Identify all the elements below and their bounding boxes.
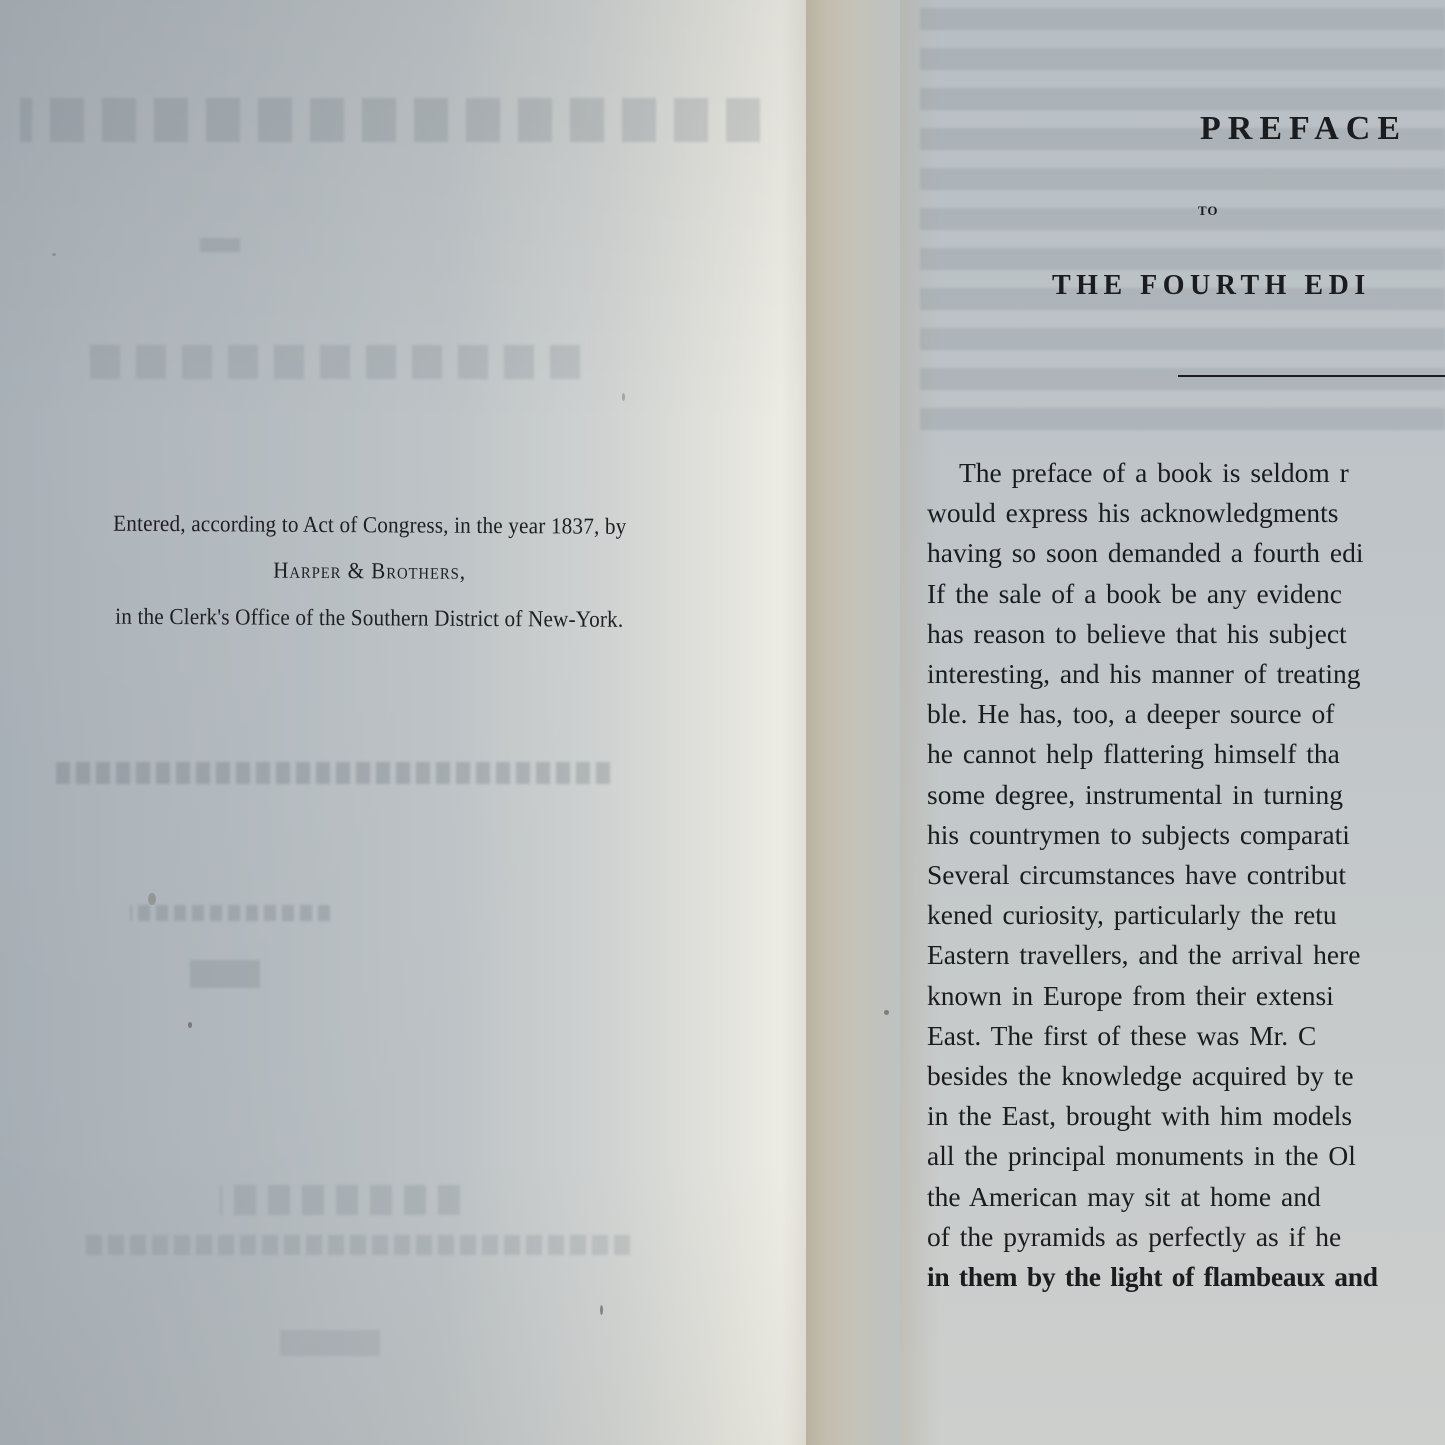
- show-through-edition: [50, 762, 610, 784]
- copyright-line-clerk-office: in the Clerk's Office of the Southern Di…: [29, 603, 710, 633]
- preface-body: The preface of a book is seldom r would …: [927, 453, 1445, 1297]
- copyright-notice: Entered, according to Act of Congress, i…: [0, 500, 740, 634]
- show-through-and: [200, 238, 240, 252]
- body-line: ble. He has, too, a deeper source of: [927, 694, 1445, 734]
- show-through-year: [280, 1330, 380, 1356]
- paper-speck: [188, 1022, 192, 1028]
- body-line: in the East, brought with him models: [927, 1096, 1445, 1136]
- show-through-publisher: [80, 1235, 630, 1255]
- paper-speck: [52, 253, 56, 256]
- preface-section: PREFACE TO THE FOURTH EDI The preface of…: [900, 0, 1445, 1445]
- paper-speck: [600, 1305, 603, 1315]
- copyright-line-publisher: Harper & Brothers,: [29, 556, 710, 586]
- body-line: some degree, instrumental in turning: [927, 775, 1445, 815]
- show-through-new-york: [220, 1185, 460, 1215]
- body-line: East. The first of these was Mr. C: [927, 1016, 1445, 1056]
- show-through-vol: [190, 960, 260, 988]
- body-line: known in Europe from their extensi: [927, 976, 1445, 1016]
- paper-speck: [148, 893, 156, 905]
- body-line: Eastern travellers, and the arrival here: [927, 935, 1445, 975]
- copyright-line-entered: Entered, according to Act of Congress, i…: [29, 510, 710, 540]
- preface-subtitle: THE FOURTH EDI: [1052, 270, 1371, 302]
- body-line: has reason to believe that his subject: [927, 614, 1445, 654]
- paper-speck: [884, 1010, 889, 1015]
- show-through-title: [0, 98, 760, 158]
- body-line: having so soon demanded a fourth edi: [927, 533, 1445, 573]
- preface-title: PREFACE: [1200, 110, 1407, 148]
- heading-rule: [1178, 375, 1445, 377]
- show-through-holy-land: [80, 345, 580, 379]
- left-page: Entered, according to Act of Congress, i…: [0, 0, 806, 1445]
- body-line: would express his acknowledgments: [927, 493, 1445, 533]
- body-line: kened curiosity, particularly the retu: [927, 895, 1445, 935]
- body-line: interesting, and his manner of treating: [927, 654, 1445, 694]
- body-line: The preface of a book is seldom r: [927, 453, 1445, 493]
- body-line: If the sale of a book be any evidenc: [927, 574, 1445, 614]
- body-line: he cannot help flattering himself tha: [927, 734, 1445, 774]
- body-line: the American may sit at home and: [927, 1177, 1445, 1217]
- body-line: Several circumstances have contribut: [927, 855, 1445, 895]
- show-through-volumes: [130, 905, 330, 921]
- body-line: besides the knowledge acquired by te: [927, 1056, 1445, 1096]
- preface-connector: TO: [1198, 203, 1219, 219]
- paper-speck: [622, 393, 625, 401]
- body-line: all the principal monuments in the Ol: [927, 1136, 1445, 1176]
- body-line: in them by the light of flambeaux and: [927, 1257, 1445, 1297]
- body-line: of the pyramids as perfectly as if he: [927, 1217, 1445, 1257]
- book-spread: Entered, according to Act of Congress, i…: [0, 0, 1445, 1445]
- body-line: his countrymen to subjects comparati: [927, 815, 1445, 855]
